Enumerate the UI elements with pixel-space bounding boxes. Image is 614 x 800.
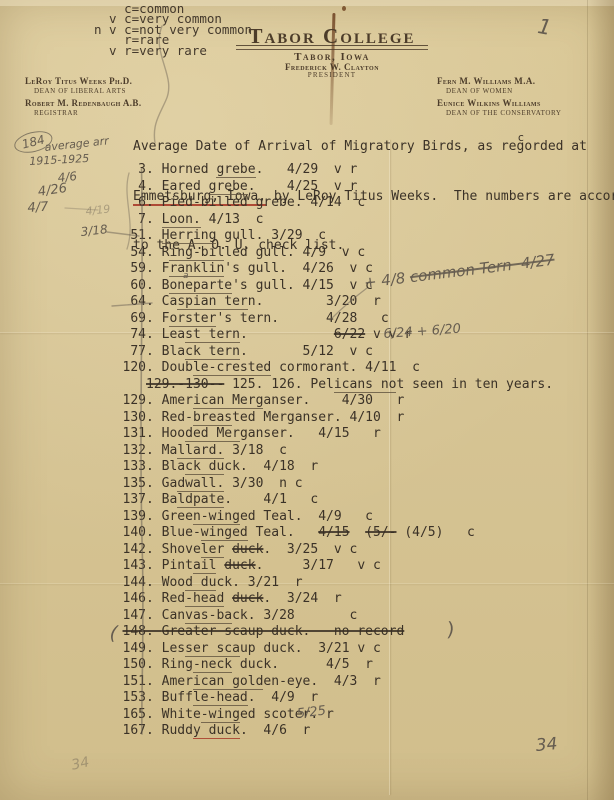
bird-number: 51 <box>122 228 146 245</box>
bird-text-segment: vas-ba <box>185 608 232 624</box>
bird-text-segment: d du <box>185 575 216 591</box>
bird-text-segment: duck <box>232 542 263 557</box>
bird-text-segment: Teal. <box>248 525 295 540</box>
intro-text: orded at <box>524 139 587 154</box>
bird-text-segment: 3/17 v c <box>263 558 380 573</box>
number-separator: . <box>146 261 162 276</box>
bird-text-segment: Pied-billed grebe. <box>162 195 303 210</box>
bird-text-segment: le-crested <box>193 360 271 376</box>
ink-stain-dot <box>342 6 346 11</box>
bird-text-segment: 3/21 v c <box>303 641 381 656</box>
bird-text-segment: 3/30 n c <box>224 476 302 491</box>
number-separator: . <box>146 641 162 656</box>
bird-text-segment: st tern <box>185 327 240 343</box>
bird-row: 6. Pied-billed grebe. 4/14 c <box>122 195 553 212</box>
bird-number: 153 <box>122 690 146 707</box>
bird-text-segment: breas <box>193 410 232 426</box>
bird-text-segment: . <box>240 327 248 342</box>
bird-text-segment: Shove <box>162 542 201 557</box>
pencil-note: 4/19 <box>85 202 111 218</box>
bird-row: 74. Least tern. 6/22 v v r <box>122 327 553 344</box>
bird-row: 147. Canvas-back. 3/28 c <box>122 608 553 625</box>
officer-name: Fern M. Williams M.A. <box>437 76 602 86</box>
pencil-note: 4/26 <box>37 181 68 200</box>
bird-text-segment: Ma <box>162 443 178 458</box>
bird-row: 131. Hooded Merganser. 4/15 r <box>122 426 553 443</box>
bird-row: 64. Caspian tern. 3/20 r <box>122 294 553 311</box>
bird-text-segment: Amer <box>162 393 193 408</box>
bird-text-segment: Eared <box>162 179 209 194</box>
bird-number: 151 <box>122 674 146 691</box>
bird-text-segment: ser sca <box>185 641 240 657</box>
number-separator: . <box>146 327 162 342</box>
bird-text-segment: Amer <box>162 674 193 689</box>
number-separator: . <box>146 674 162 689</box>
bird-row: 167. Ruddy duck. 4/6 r <box>122 723 553 740</box>
bird-text-segment <box>248 327 334 342</box>
bird-text-segment <box>224 542 232 557</box>
bird-text-segment: ck. <box>216 575 239 590</box>
bird-text-segment: 125. 126. <box>224 377 310 392</box>
number-separator: . <box>146 542 162 557</box>
bird-text-segment: led gull. <box>224 245 294 260</box>
bird-text-segment: Bla <box>162 344 185 359</box>
bird-text-segment: . <box>248 690 256 705</box>
bird-row: 3. Horned grebe. 4/29 v r <box>122 162 553 179</box>
bird-text-segment: . <box>248 179 256 194</box>
bird-number: 139 <box>122 509 146 526</box>
bird-text-segment: orster <box>169 311 216 327</box>
bird-text-segment: Pint <box>162 558 193 573</box>
bird-text-segment: 3/29 c <box>263 228 326 243</box>
bird-text-segment: Ga <box>162 476 178 491</box>
number-separator: . <box>146 608 162 623</box>
bird-text-segment: Can <box>162 608 185 623</box>
bird-text-segment: 4/13 c <box>201 212 264 227</box>
bird-text-segment: up duck. <box>240 641 303 656</box>
bird-text-segment: oneparte <box>169 278 232 294</box>
number-separator: . <box>146 245 162 260</box>
bird-number: 144 <box>122 575 146 592</box>
bird-text-segment: ted Merganser. <box>232 410 342 425</box>
bird-text-segment: 129.-130-- <box>146 377 224 392</box>
bird-text-segment: 3/24 r <box>271 591 341 606</box>
bird-text-segment: 4/18 r <box>248 459 318 474</box>
pencil-note: average arr <box>44 134 109 154</box>
bird-number: 150 <box>122 657 146 674</box>
pencil-note: 34 <box>535 734 558 756</box>
bird-number: 132 <box>122 443 146 460</box>
bird-text-segment: Bla <box>162 459 185 474</box>
bird-number: 167 <box>122 723 146 740</box>
bird-number: 135 <box>122 476 146 493</box>
bird-row: 129.-130-- 125. 126. Pelicans not seen i… <box>122 377 553 394</box>
bird-text-segment: 4/29 v r <box>263 162 357 177</box>
bird-row: 130. Red-breasted Merganser. 4/10 r <box>122 410 553 427</box>
number-separator: . <box>146 525 162 540</box>
bird-text-segment: . <box>240 723 248 738</box>
bird-text-segment: 4/9 c <box>303 509 373 524</box>
bird-row: 148. Greater scaup duck. no record <box>122 624 553 641</box>
intro-line-1: Average Date of Arrival of Migratory Bir… <box>133 139 614 156</box>
title-double-rule <box>236 45 428 50</box>
bird-text-segment: Les <box>162 641 185 656</box>
pencil-note: a <box>183 271 189 281</box>
number-separator: . <box>146 426 162 441</box>
bird-row: 139. Green-winged Teal. 4/9 c <box>122 509 553 526</box>
bird-text-segment: gull. <box>216 228 263 243</box>
bird-text-segment: 4/3 r <box>318 674 381 689</box>
bird-number: 148 <box>122 624 146 641</box>
bird-text-segment: Hoo <box>162 426 185 441</box>
number-separator: . <box>146 311 162 326</box>
bird-text-segment: anser. <box>263 393 310 408</box>
bird-row: 137. Baldpate. 4/1 c <box>122 492 553 509</box>
pencil-note: 1915-1925 <box>29 152 90 168</box>
pencil-note: 4/7 <box>27 200 49 216</box>
bird-text-segment: ganser. <box>240 426 295 441</box>
bird-list: 3. Horned grebe. 4/29 v r4. Eared grebe.… <box>122 162 553 740</box>
bird-text-segment: cormorant. <box>271 360 357 375</box>
bird-text-segment: Buff <box>162 690 193 705</box>
number-separator: . <box>146 195 162 210</box>
bird-text-segment: 4/30 r <box>310 393 404 408</box>
bird-text-segment: duck. <box>232 657 279 672</box>
bird-number: 143 <box>122 558 146 575</box>
bird-text-segment: Red <box>162 591 185 606</box>
bird-row: 77. Black tern. 5/12 v c <box>122 344 553 361</box>
bird-number: 131 <box>122 426 146 443</box>
bird-number: 142 <box>122 542 146 559</box>
bird-number: 137 <box>122 492 146 509</box>
pencil-note: ( <box>109 622 119 645</box>
bird-text-segment: Red- <box>162 410 193 425</box>
bird-text-segment: n-wing <box>193 509 240 525</box>
bird-number: 60 <box>122 278 146 295</box>
bird-text-segment: -head <box>185 591 224 607</box>
number-separator: . <box>146 492 162 507</box>
bird-number: 4 <box>122 179 146 196</box>
bird-text-segment: ing-bil <box>169 245 224 261</box>
pencil-note: 1 <box>536 14 553 40</box>
bird-text-segment: ican Merg <box>193 393 263 409</box>
bird-row: 165. White-winged scoter. r <box>122 707 553 724</box>
bird-text-segment: 4/1 c <box>232 492 318 507</box>
bird-number: 54 <box>122 245 146 262</box>
number-separator: . <box>146 212 162 227</box>
bird-text-segment: Ba <box>162 492 178 507</box>
bird-text-segment: 4/6 r <box>248 723 311 738</box>
number-separator: . <box>146 294 162 309</box>
number-separator: . <box>146 443 162 458</box>
bird-text-segment <box>295 525 318 540</box>
bird-text-segment: Loon. <box>162 212 201 228</box>
bird-text-segment: 4/15 <box>318 525 349 540</box>
bird-number: 3 <box>122 162 146 179</box>
number-separator: . <box>146 228 162 243</box>
bird-row: 151. American golden-eye. 4/3 r <box>122 674 553 691</box>
bird-text-segment: Ring <box>162 657 193 672</box>
overtyped-correction: cg <box>517 139 525 156</box>
bird-number: 74 <box>122 327 146 344</box>
bird-number: 129 <box>122 393 146 410</box>
bird-number: 147 <box>122 608 146 625</box>
bird-text-segment: ck. <box>232 608 255 623</box>
number-separator: . <box>146 410 162 425</box>
bird-text-segment: ck tern <box>185 344 240 360</box>
bird-row: 153. Buffle-head. 4/9 r <box>122 690 553 707</box>
bird-text-segment: Greater scaup duck. no record <box>162 624 405 639</box>
bird-text-segment: y duck <box>193 723 240 739</box>
number-separator: . <box>146 476 162 491</box>
bird-row: 120. Double-crested cormorant. 4/11 c <box>122 360 553 377</box>
bird-row: 4. Eared grebe. 4/25 v r <box>122 179 553 196</box>
pencil-note: 34 <box>70 754 91 773</box>
bird-text-segment: ail <box>193 558 216 574</box>
bird-text-segment: Lea <box>162 327 185 342</box>
bird-text-segment: 4/15 v c <box>295 278 373 293</box>
number-separator: . <box>146 459 162 474</box>
bird-row: 51. Herring gull. 3/29 c <box>122 228 553 245</box>
bird-text-segment: 4/15 r <box>295 426 381 441</box>
bird-text-segment: Woo <box>162 575 185 590</box>
officer-name: LeRoy Titus Weeks Ph.D. <box>25 76 141 86</box>
number-separator: . <box>146 344 162 359</box>
bird-text-segment: ck. <box>224 459 247 474</box>
bird-text-segment: 's gull. <box>232 278 295 293</box>
number-separator: . <box>146 723 162 738</box>
bird-text-segment: spian ter <box>177 294 247 310</box>
number-separator: . <box>146 707 162 722</box>
officer-title: Registrar <box>34 109 141 117</box>
bird-text-segment: (4/5) <box>397 525 444 540</box>
bird-text-segment: 4/9 r <box>256 690 319 705</box>
bird-text-segment: 4/25 v r <box>256 179 358 194</box>
bird-row: 135. Gadwall. 3/30 n c <box>122 476 553 493</box>
pencil-note: 3/18 <box>80 222 108 239</box>
officer-title: Dean of Liberal Arts <box>34 87 141 95</box>
bird-text-segment: duck <box>224 558 255 573</box>
bird-number: 64 <box>122 294 146 311</box>
bird-number: 69 <box>122 311 146 328</box>
bird-row: 149. Lesser scaup duck. 3/21 v c <box>122 641 553 658</box>
number-separator: . <box>146 393 162 408</box>
bird-row: 133. Black duck. 4/18 r <box>122 459 553 476</box>
document-page: c=common v c=very common n v c=not very … <box>0 0 614 800</box>
bird-text-segment: icans no <box>334 377 397 393</box>
bird-number: 165 <box>122 707 146 724</box>
correction-letter: c <box>518 130 525 147</box>
bird-text-segment: grebe <box>216 162 255 178</box>
left-officers-block: LeRoy Titus Weeks Ph.D. Dean of Liberal … <box>25 76 141 120</box>
bird-text-segment: 4/10 r <box>342 410 405 425</box>
bird-text-segment: (5/- <box>365 525 396 540</box>
bird-text-segment: Rudd <box>162 723 193 738</box>
bird-text-segment: llard. <box>177 443 224 459</box>
bird-text-segment: Doub <box>162 360 193 375</box>
intro-text: Average Date of Arrival of Migratory Bir… <box>133 139 517 154</box>
number-separator: . <box>146 657 162 672</box>
number-separator: . <box>146 278 162 293</box>
bird-text-segment: c <box>443 525 474 540</box>
bird-text-segment: Gree <box>162 509 193 524</box>
bird-number: 146 <box>122 591 146 608</box>
bird-row: 144. Wood duck. 3/21 r <box>122 575 553 592</box>
bird-text-segment: 4/5 r <box>279 657 373 672</box>
bird-text-segment: 3/20 r <box>263 294 380 309</box>
bird-text-segment: Pel <box>310 377 333 392</box>
bird-text-segment: 's gull. <box>224 261 287 276</box>
bird-row: 132. Mallard. 3/18 c <box>122 443 553 460</box>
bird-number: 133 <box>122 459 146 476</box>
number-separator: . <box>146 179 162 194</box>
bird-text-segment: ck du <box>185 459 224 475</box>
bird-text-segment: le-head <box>193 690 248 706</box>
bird-row: 129. American Merganser. 4/30 r <box>122 393 553 410</box>
bird-text-segment: 5/12 v c <box>248 344 373 359</box>
officer-title: Dean of Women <box>446 87 602 95</box>
bird-text-segment: ranklin <box>169 261 224 277</box>
bird-number: 7 <box>122 212 146 229</box>
bird-row: 143. Pintail duck. 3/17 v c <box>122 558 553 575</box>
bird-number: 130 <box>122 410 146 427</box>
bird-text-segment: 4/11 c <box>357 360 420 375</box>
bird-row: 150. Ring-neck duck. 4/5 r <box>122 657 553 674</box>
bird-row: 146. Red-head duck. 3/24 r <box>122 591 553 608</box>
bird-text-segment: winged <box>201 525 248 541</box>
number-separator: . <box>146 509 162 524</box>
number-separator: . <box>146 575 162 590</box>
number-separator: . <box>146 591 162 606</box>
bird-text-segment: . <box>224 492 232 507</box>
bird-text-segment: 4/26 v c <box>287 261 373 276</box>
bird-text-segment: -wing <box>201 707 240 723</box>
bird-number: 120 <box>122 360 146 377</box>
bird-number: 77 <box>122 344 146 361</box>
number-separator: . <box>146 162 162 177</box>
bird-text-segment: t seen in ten years. <box>396 377 553 392</box>
number-separator: . <box>146 558 162 573</box>
number-separator: . <box>146 360 162 375</box>
bird-text-segment <box>224 591 232 606</box>
bird-text-segment: 6/22 <box>334 327 365 342</box>
bird-text-segment: ler <box>201 542 224 558</box>
bird-text-segment: ldpate <box>177 492 224 508</box>
president-title: President <box>237 71 427 79</box>
bird-text-segment: ed Teal. <box>240 509 303 524</box>
paper-top-edge <box>0 0 614 6</box>
bird-text-segment: dwall. <box>177 476 224 492</box>
bird-text-segment: n. <box>248 294 264 309</box>
bird-text-segment: 4/28 c <box>279 311 389 326</box>
number-separator: . <box>146 690 162 705</box>
bird-text-segment <box>350 525 366 540</box>
bird-text-segment: 's tern. <box>216 311 279 326</box>
bird-text-segment: duck <box>232 591 263 606</box>
bird-text-segment: -neck <box>193 657 232 673</box>
bird-text-segment: en-eye. <box>263 674 318 689</box>
bird-number: 149 <box>122 641 146 658</box>
bird-text-segment: Blue- <box>162 525 201 540</box>
bird-text-segment: White <box>162 707 201 722</box>
bird-text-segment: 3/18 c <box>224 443 287 458</box>
bird-number: 59 <box>122 261 146 278</box>
bird-text-segment: 3/28 c <box>256 608 358 623</box>
number-separator: . <box>146 624 162 639</box>
bird-row: 69. Forster's tern. 4/28 c <box>122 311 553 328</box>
bird-text-segment: ican gold <box>193 674 263 690</box>
bird-row: 142. Shoveler duck. 3/25 v c <box>122 542 553 559</box>
bird-text-segment: 3/21 r <box>240 575 303 590</box>
bird-text-segment: Ca <box>162 294 178 309</box>
bird-text-segment: Herring <box>162 228 217 244</box>
bird-text-segment: ded Mer <box>185 426 240 442</box>
bird-text-segment: 4/14 c <box>303 195 366 210</box>
bird-number: 140 <box>122 525 146 542</box>
bird-row: 140. Blue-winged Teal. 4/15 (5/- (4/5) c <box>122 525 553 542</box>
bird-row: 7. Loon. 4/13 c <box>122 212 553 229</box>
bird-text-segment: 3/25 v c <box>271 542 357 557</box>
bird-text-segment: . <box>240 344 248 359</box>
bird-text-segment: 4/9 v c <box>295 245 365 260</box>
bird-text-segment: grebe <box>209 179 248 195</box>
officer-name: Robert M. Redenbaugh A.B. <box>25 98 141 108</box>
bird-text-segment: Horned <box>162 162 217 177</box>
bird-number: 6 <box>122 195 146 212</box>
